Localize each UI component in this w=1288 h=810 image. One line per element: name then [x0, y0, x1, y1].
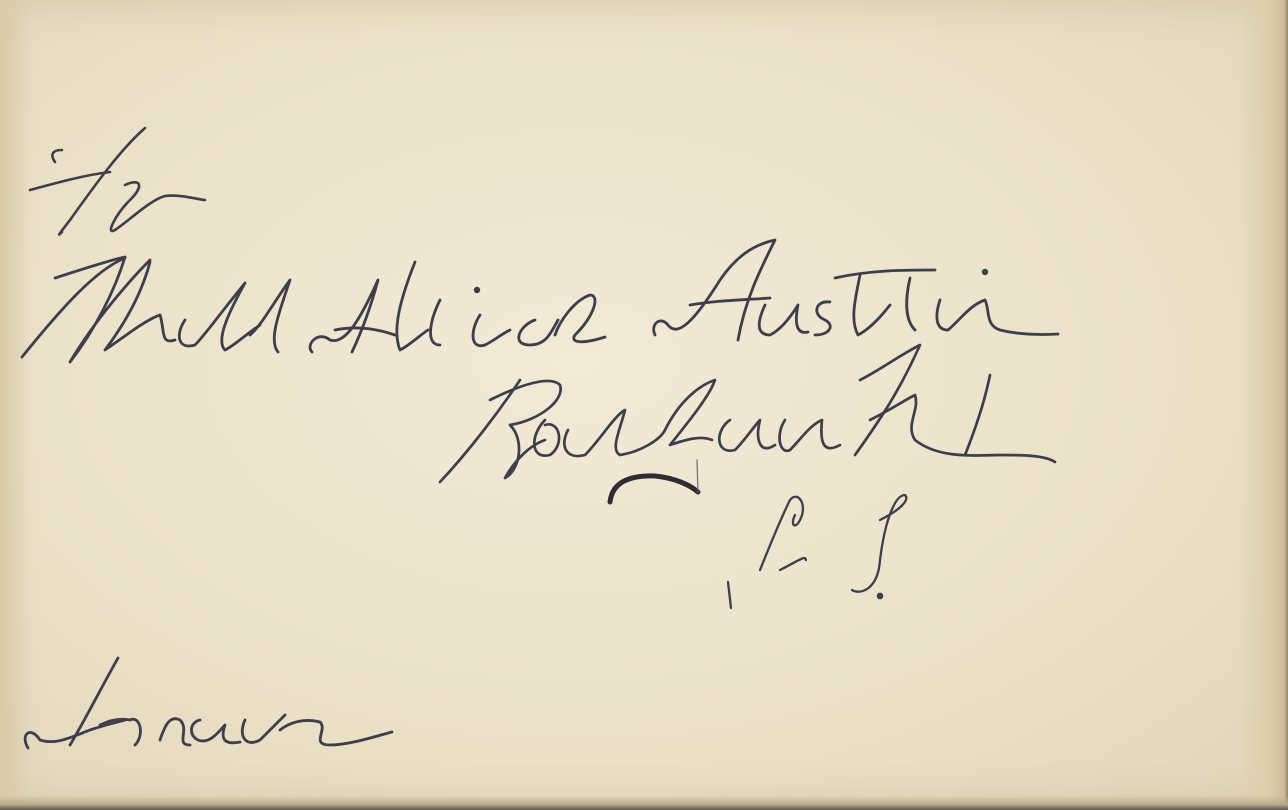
handwriting-note	[25, 658, 392, 748]
handwriting-austin	[654, 240, 1058, 340]
handwriting-recipient	[22, 257, 605, 362]
handwriting	[0, 0, 1288, 810]
handwriting-pencil-mark	[610, 460, 698, 502]
handwriting-region	[728, 495, 906, 608]
handwriting-place	[440, 345, 1055, 482]
handwriting-for	[30, 128, 205, 235]
